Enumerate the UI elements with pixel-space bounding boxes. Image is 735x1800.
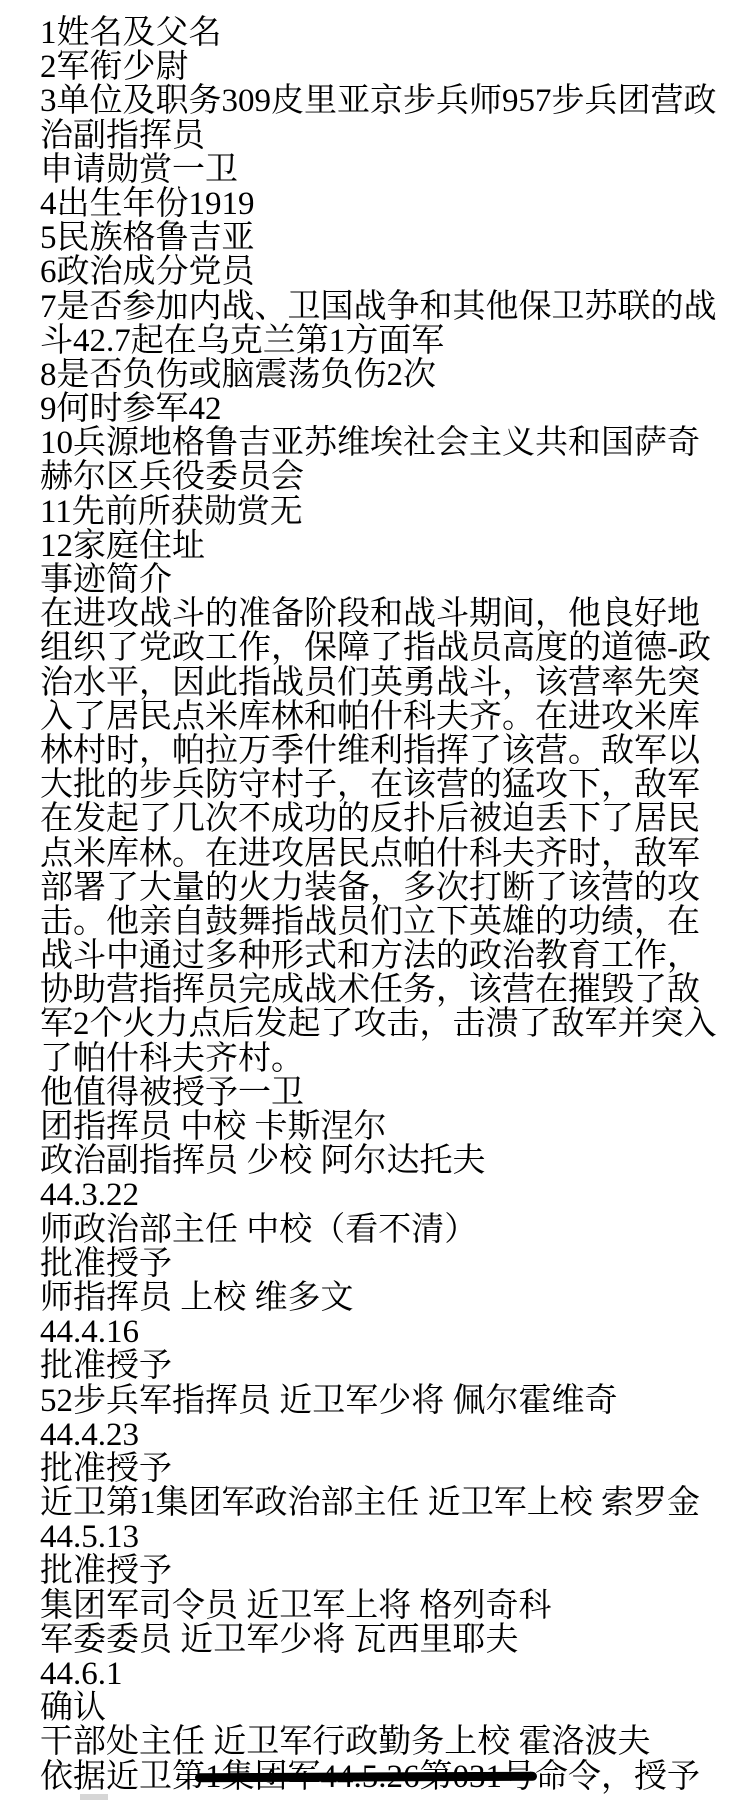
text-line: 在进攻战斗的准备阶段和战斗期间，他良好地 [40, 597, 705, 631]
text-line: 44.5.13 [40, 1520, 705, 1554]
text-line: 赫尔区兵役委员会 [40, 460, 705, 494]
text-line: 11先前所获勋赏无 [40, 495, 705, 529]
cut-off-next-line-fragment [80, 1794, 108, 1800]
text-line: 治副指挥员 [40, 119, 705, 153]
text-line: 战斗中通过多种形式和方法的政治教育工作， [40, 939, 705, 973]
redacted-text: 1集团军44.5.26第031号 [205, 1760, 535, 1794]
text-line: 大批的步兵防守村子，在该营的猛攻下，敌军 [40, 768, 705, 802]
text-line: 44.3.22 [40, 1178, 705, 1212]
text-line: 干部处主任 近卫军行政勤务上校 霍洛波夫 [40, 1725, 705, 1759]
text-line: 协助营指挥员完成战术任务，该营在摧毁了敌 [40, 973, 705, 1007]
text-line: 批准授予 [40, 1349, 705, 1383]
document-body: 1姓名及父名2军衔少尉3单位及职务309皮里亚京步兵师957步兵团营政治副指挥员… [40, 16, 705, 1794]
text-line: 政治副指挥员 少校 阿尔达托夫 [40, 1144, 705, 1178]
text-line: 击。他亲自鼓舞指战员们立下英雄的功绩，在 [40, 905, 705, 939]
text-line: 4出生年份1919 [40, 187, 705, 221]
text-line: 他值得被授予一卫 [40, 1076, 705, 1110]
text-line: 10兵源地格鲁吉亚苏维埃社会主义共和国萨奇 [40, 426, 705, 460]
text-line: 44.4.16 [40, 1315, 705, 1349]
text-line: 点米库林。在进攻居民点帕什科夫齐时，敌军 [40, 837, 705, 871]
text-line: 批准授予 [40, 1247, 705, 1281]
text-line: 申请勋赏一卫 [40, 153, 705, 187]
text-line: 集团军司令员 近卫军上将 格列奇科 [40, 1589, 705, 1623]
text-line: 44.4.23 [40, 1418, 705, 1452]
text-line: 在发起了几次不成功的反扑后被迫丢下了居民 [40, 802, 705, 836]
text-line: 军2个火力点后发起了攻击，击溃了敌军并突入 [40, 1007, 705, 1041]
text-line: 6政治成分党员 [40, 255, 705, 289]
award-citation-document: 1姓名及父名2军衔少尉3单位及职务309皮里亚京步兵师957步兵团营政治副指挥员… [0, 0, 735, 1794]
text-segment: 依据近卫第 [40, 1759, 205, 1795]
text-line: 批准授予 [40, 1452, 705, 1486]
text-line: 2军衔少尉 [40, 50, 705, 84]
text-line: 师指挥员 上校 维多文 [40, 1281, 705, 1315]
text-line: 事迹简介 [40, 563, 705, 597]
text-line: 12家庭住址 [40, 529, 705, 563]
text-line: 近卫第1集团军政治部主任 近卫军上校 索罗金 [40, 1486, 705, 1520]
text-line: 军委委员 近卫军少将 瓦西里耶夫 [40, 1623, 705, 1657]
text-line: 斗42.7起在乌克兰第1方面军 [40, 324, 705, 358]
text-line: 组织了党政工作，保障了指战员高度的道德-政 [40, 631, 705, 665]
text-line: 8是否负伤或脑震荡负伤2次 [40, 358, 705, 392]
text-segment: 命令，授予 [535, 1759, 700, 1795]
text-line: 林村时，帕拉万季什维利指挥了该营。敌军以 [40, 734, 705, 768]
text-line: 了帕什科夫齐村。 [40, 1042, 705, 1076]
text-line: 7是否参加内战、卫国战争和其他保卫苏联的战 [40, 290, 705, 324]
text-line: 5民族格鲁吉亚 [40, 221, 705, 255]
text-line: 1姓名及父名 [40, 16, 705, 50]
text-line: 入了居民点米库林和帕什科夫齐。在进攻米库 [40, 700, 705, 734]
text-line: 团指挥员 中校 卡斯涅尔 [40, 1110, 705, 1144]
text-line: 部署了大量的火力装备，多次打断了该营的攻 [40, 871, 705, 905]
text-line: 52步兵军指挥员 近卫军少将 佩尔霍维奇 [40, 1384, 705, 1418]
text-line: 3单位及职务309皮里亚京步兵师957步兵团营政 [40, 84, 705, 118]
text-line: 确认 [40, 1691, 705, 1725]
text-line: 依据近卫第1集团军44.5.26第031号命令，授予 [40, 1760, 705, 1794]
text-line: 44.6.1 [40, 1657, 705, 1691]
text-line: 批准授予 [40, 1554, 705, 1588]
text-line: 治水平，因此指战员们英勇战斗，该营率先突 [40, 666, 705, 700]
text-line: 9何时参军42 [40, 392, 705, 426]
text-line: 师政治部主任 中校（看不清） [40, 1213, 705, 1247]
